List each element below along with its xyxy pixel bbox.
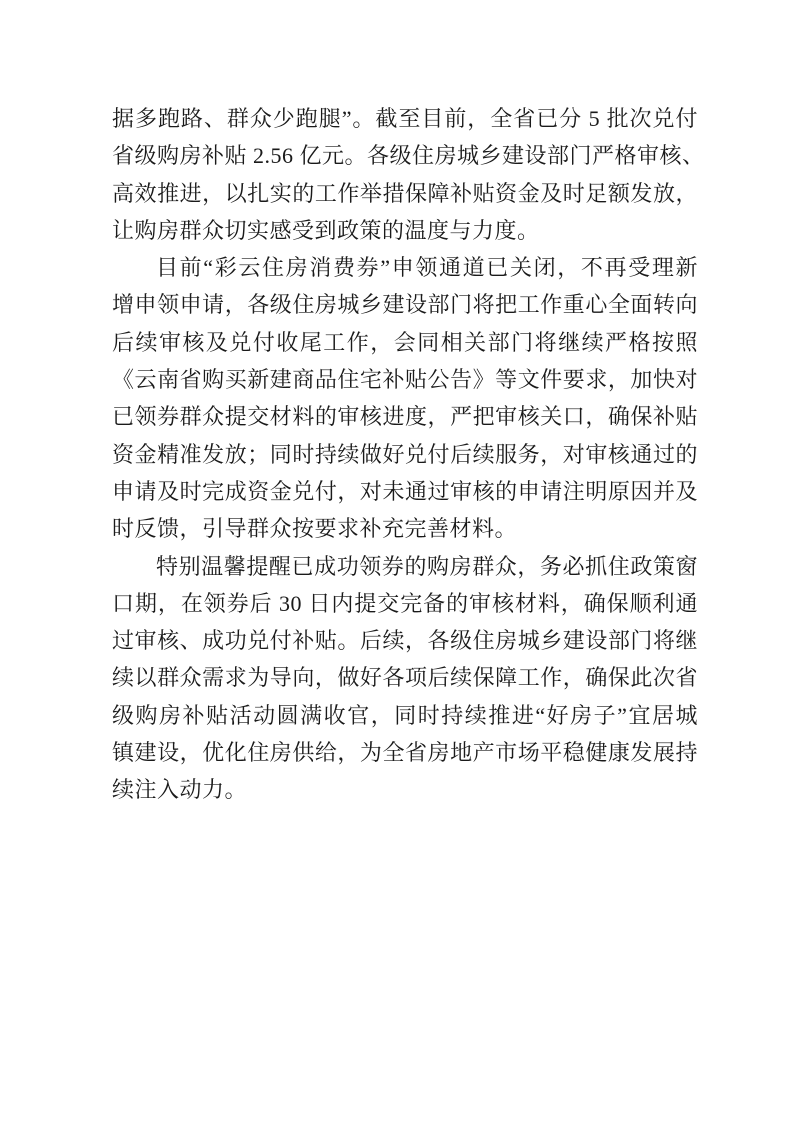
text-line: 高效推进，以扎实的工作举措保障补贴资金及时足额发放，	[112, 175, 698, 212]
text-line: 级购房补贴活动圆满收官，同时持续推进“好房子”宜居城	[112, 697, 698, 734]
text-line: 镇建设，优化住房供给，为全省房地产市场平稳健康发展持	[112, 734, 698, 771]
paragraph-1: 据多跑路、群众少跑腿”。截至目前，全省已分 5 批次兑付省级购房补贴 2.56 …	[112, 100, 698, 249]
paragraph-2: 目前“彩云住房消费券”申领通道已关闭，不再受理新增申领申请，各级住房城乡建设部门…	[112, 249, 698, 547]
text-line: 《云南省购买新建商品住宅补贴公告》等文件要求，加快对	[112, 361, 698, 398]
document-body: 据多跑路、群众少跑腿”。截至目前，全省已分 5 批次兑付省级购房补贴 2.56 …	[112, 100, 698, 809]
paragraph-3: 特别温馨提醒已成功领券的购房群众，务必抓住政策窗口期，在领券后 30 日内提交完…	[112, 548, 698, 809]
text-line: 据多跑路、群众少跑腿”。截至目前，全省已分 5 批次兑付	[112, 100, 698, 137]
text-line: 时反馈，引导群众按要求补充完善材料。	[112, 510, 698, 547]
text-line: 目前“彩云住房消费券”申领通道已关闭，不再受理新	[112, 249, 698, 286]
text-line: 特别温馨提醒已成功领券的购房群众，务必抓住政策窗	[112, 548, 698, 585]
text-line: 过审核、成功兑付补贴。后续，各级住房城乡建设部门将继	[112, 622, 698, 659]
document-page: 据多跑路、群众少跑腿”。截至目前，全省已分 5 批次兑付省级购房补贴 2.56 …	[0, 0, 793, 1122]
text-line: 让购房群众切实感受到政策的温度与力度。	[112, 212, 698, 249]
text-line: 口期，在领券后 30 日内提交完备的审核材料，确保顺利通	[112, 585, 698, 622]
text-line: 续注入动力。	[112, 771, 698, 808]
text-line: 后续审核及兑付收尾工作，会同相关部门将继续严格按照	[112, 324, 698, 361]
text-line: 续以群众需求为导向，做好各项后续保障工作，确保此次省	[112, 659, 698, 696]
text-line: 资金精准发放；同时持续做好兑付后续服务，对审核通过的	[112, 436, 698, 473]
text-line: 申请及时完成资金兑付，对未通过审核的申请注明原因并及	[112, 473, 698, 510]
text-line: 省级购房补贴 2.56 亿元。各级住房城乡建设部门严格审核、	[112, 137, 698, 174]
text-line: 增申领申请，各级住房城乡建设部门将把工作重心全面转向	[112, 286, 698, 323]
text-line: 已领券群众提交材料的审核进度，严把审核关口，确保补贴	[112, 398, 698, 435]
